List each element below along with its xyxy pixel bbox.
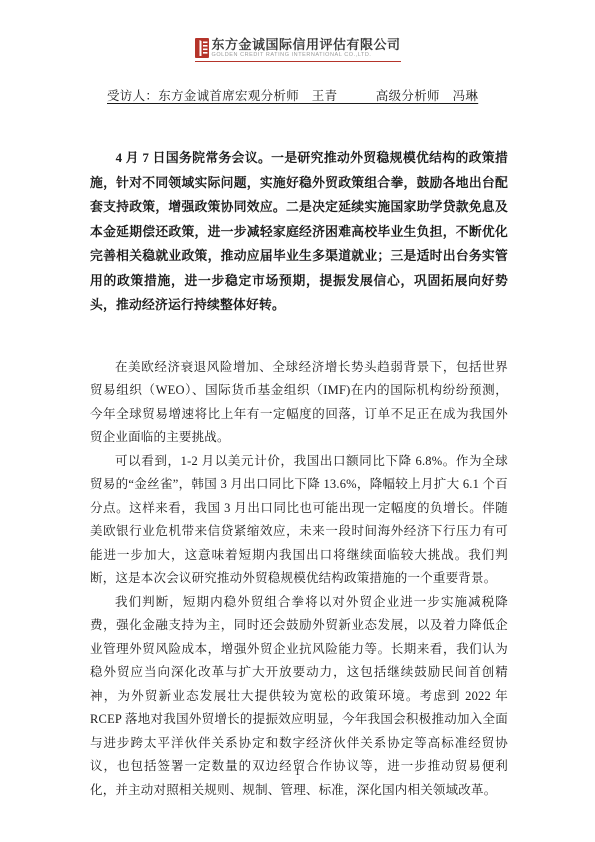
company-logo: 东方金诚国际信用评估有限公司 GOLDEN CREDIT RATING INTE… [194, 38, 400, 62]
interviewee-line: 受访人：东方金诚首席宏观分析师 王青 高级分析师 冯琳 [107, 86, 478, 104]
xin-seal-icon [194, 38, 208, 58]
logo-text: 东方金诚国际信用评估有限公司 GOLDEN CREDIT RATING INTE… [211, 38, 400, 58]
company-name-en: GOLDEN CREDIT RATING INTERNATIONAL CO.,L… [211, 53, 400, 59]
company-name-cn: 东方金诚国际信用评估有限公司 [211, 38, 400, 51]
document-body: 4 月 7 日国务院常务会议。一是研究推动外贸稳规模优结构的政策措施，针对不同领… [90, 146, 508, 802]
page-number: 1 [0, 766, 595, 778]
analysis-paragraph-2: 可以看到，1-2 月以美元计价，我国出口额同比下降 6.8%。作为全球贸易的“金… [90, 450, 508, 591]
analysis-paragraph-1: 在美欧经济衰退风险增加、全球经济增长势头趋弱背景下，包括世界贸易组织（WEO）、… [90, 356, 508, 450]
meeting-summary-paragraph: 4 月 7 日国务院常务会议。一是研究推动外贸稳规模优结构的政策措施，针对不同领… [90, 146, 508, 318]
document-page: 东方金诚国际信用评估有限公司 GOLDEN CREDIT RATING INTE… [0, 0, 595, 842]
